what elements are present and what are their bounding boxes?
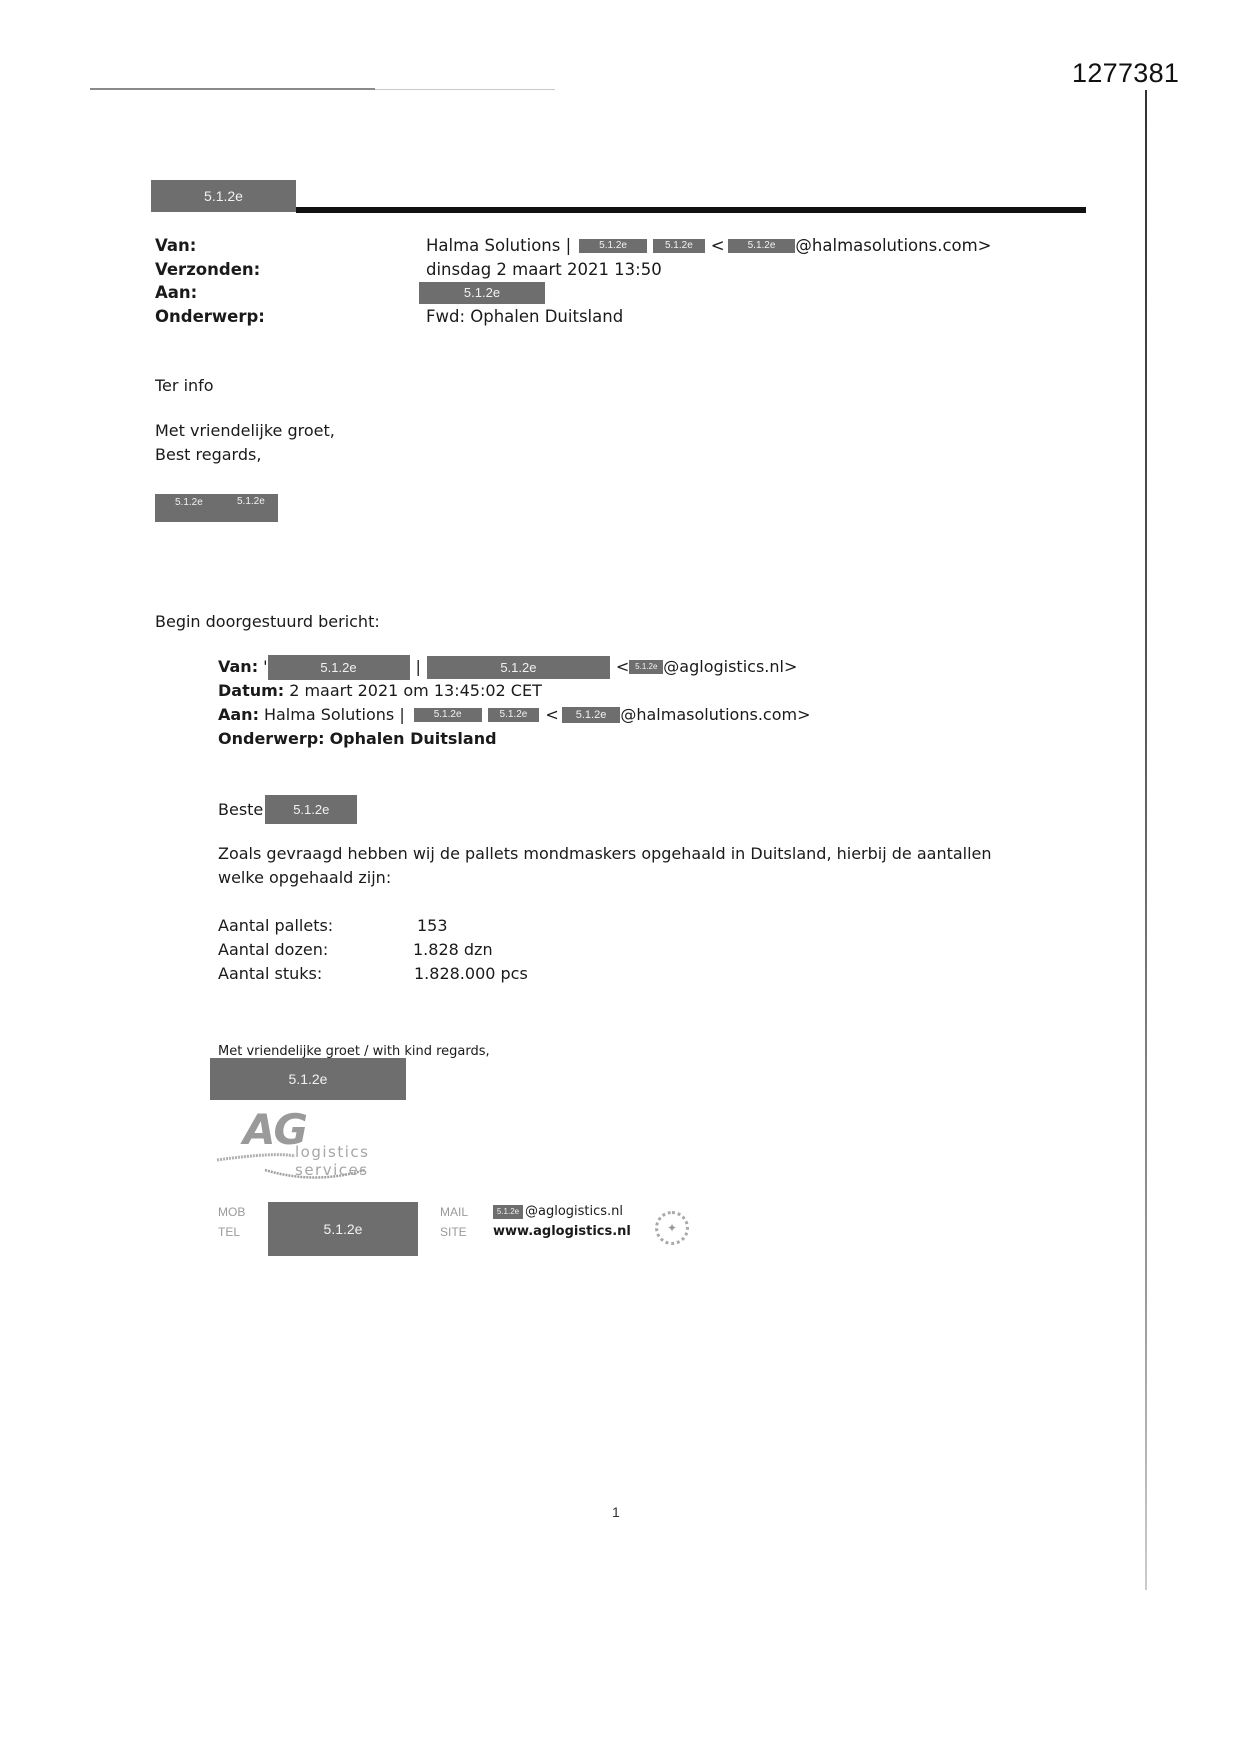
- fwd-date-row: Datum: 2 maart 2021 om 13:45:02 CET: [218, 679, 810, 703]
- redaction-block-phone: 5.1.2e: [268, 1202, 418, 1256]
- fwd-to-email-domain: @halmasolutions.com>: [620, 703, 810, 727]
- redaction-block: 5.1.2e: [151, 180, 296, 212]
- count-label: Aantal pallets:: [218, 914, 413, 938]
- fwd-subject: Ophalen Duitsland: [330, 727, 497, 751]
- redaction-block: 5.1.2e: [629, 660, 663, 674]
- contact-labels-right: MAIL SITE: [440, 1202, 468, 1242]
- redaction-block: 5.1.2e: [210, 1058, 406, 1100]
- redaction-code: 5.1.2e: [237, 497, 265, 507]
- ag-logistics-logo: AG logistics services: [215, 1105, 445, 1185]
- count-label: Aantal stuks:: [218, 962, 413, 986]
- separator: |: [416, 655, 421, 679]
- fwd-label-from: Van:: [218, 655, 258, 679]
- scan-right-border: [1145, 90, 1147, 1590]
- message-paragraph: Zoals gevraagd hebben wij de pallets mon…: [218, 842, 1018, 890]
- to-value: 5.1.2e: [426, 281, 992, 305]
- count-row: Aantal pallets: 153: [218, 914, 528, 938]
- scan-top-rule-faint: [375, 89, 555, 90]
- count-value: 1.828.000 pcs: [414, 962, 528, 986]
- fwd-subject-row: Onderwerp: Ophalen Duitsland: [218, 727, 810, 751]
- fwd-to-name: Halma Solutions |: [264, 703, 405, 727]
- count-value: 153: [417, 914, 448, 938]
- fwd-label-date: Datum:: [218, 679, 284, 703]
- angle-open: <: [711, 234, 725, 258]
- label-subject: Onderwerp:: [155, 305, 265, 329]
- angle-open: <: [545, 703, 558, 727]
- mob-label: MOB: [218, 1202, 245, 1222]
- mail-domain: @aglogistics.nl: [525, 1202, 623, 1222]
- header-divider: [296, 207, 1086, 213]
- forwarded-intro: Begin doorgestuurd bericht:: [155, 610, 380, 634]
- label-from: Van:: [155, 234, 265, 258]
- ter-info-text: Ter info: [155, 374, 214, 398]
- from-name: Halma Solutions |: [426, 234, 571, 258]
- company-seal-icon: ✦: [655, 1211, 689, 1245]
- count-label: Aantal dozen:: [218, 938, 413, 962]
- redaction-block: 5.1.2e: [493, 1205, 523, 1219]
- label-to: Aan:: [155, 281, 265, 305]
- contact-labels-left: MOB TEL: [218, 1202, 245, 1242]
- count-row: Aantal stuks: 1.828.000 pcs: [218, 962, 528, 986]
- redaction-block: 5.1.2e: [419, 282, 545, 304]
- scan-top-rule: [90, 88, 375, 90]
- tel-label: TEL: [218, 1222, 245, 1242]
- count-row: Aantal dozen: 1.828 dzn: [218, 938, 528, 962]
- redaction-code: 5.1.2e: [175, 498, 203, 508]
- logo-swoosh-icon: [215, 1150, 415, 1185]
- contact-values: 5.1.2e @aglogistics.nl www.aglogistics.n…: [493, 1202, 631, 1242]
- greeting: Met vriendelijke groet, Best regards,: [155, 419, 335, 467]
- sent-value: dinsdag 2 maart 2021 13:50: [426, 258, 992, 282]
- angle-open: <: [616, 655, 629, 679]
- email-header-values: Halma Solutions | 5.1.2e 5.1.2e < 5.1.2e…: [426, 234, 992, 328]
- document-number: 1277381: [1072, 58, 1179, 89]
- label-sent: Verzonden:: [155, 258, 265, 282]
- fwd-from-email-domain: @aglogistics.nl>: [663, 655, 797, 679]
- subject-value: Fwd: Ophalen Duitsland: [426, 305, 992, 329]
- from-value: Halma Solutions | 5.1.2e 5.1.2e < 5.1.2e…: [426, 234, 992, 258]
- site-label: SITE: [440, 1222, 468, 1242]
- site-link[interactable]: www.aglogistics.nl: [493, 1222, 631, 1242]
- from-email-domain: @halmasolutions.com>: [795, 234, 991, 258]
- redaction-block: 5.1.2e: [268, 655, 410, 680]
- redaction-block: 5.1.2e: [427, 656, 610, 679]
- fwd-label-to: Aan:: [218, 703, 259, 727]
- redaction-block-signature: 5.1.2e 5.1.2e: [155, 494, 278, 522]
- salutation-text: Beste: [218, 798, 263, 822]
- redaction-block: 5.1.2e: [265, 795, 357, 824]
- email-header-labels: Van: Verzonden: Aan: Onderwerp:: [155, 234, 265, 328]
- greeting-line: Best regards,: [155, 443, 335, 467]
- count-value: 1.828 dzn: [413, 938, 493, 962]
- mail-row: 5.1.2e @aglogistics.nl: [493, 1202, 631, 1222]
- salutation: Beste 5.1.2e: [218, 795, 357, 824]
- redaction-block: 5.1.2e: [653, 239, 705, 253]
- mail-label: MAIL: [440, 1202, 468, 1222]
- redaction-block: 5.1.2e: [488, 708, 540, 722]
- redaction-block: 5.1.2e: [728, 239, 796, 253]
- fwd-label-subject: Onderwerp:: [218, 727, 325, 751]
- redaction-block: 5.1.2e: [414, 708, 482, 722]
- redaction-block: 5.1.2e: [579, 239, 647, 253]
- fwd-from-row: Van: ' 5.1.2e | 5.1.2e < 5.1.2e @aglogis…: [218, 655, 810, 679]
- redaction-block: 5.1.2e: [562, 707, 621, 723]
- page-number: 1: [612, 1504, 620, 1520]
- fwd-to-row: Aan: Halma Solutions | 5.1.2e 5.1.2e < 5…: [218, 703, 810, 727]
- fwd-date: 2 maart 2021 om 13:45:02 CET: [289, 679, 542, 703]
- greeting-line: Met vriendelijke groet,: [155, 419, 335, 443]
- counts-table: Aantal pallets: 153 Aantal dozen: 1.828 …: [218, 914, 528, 986]
- forwarded-header: Van: ' 5.1.2e | 5.1.2e < 5.1.2e @aglogis…: [218, 655, 810, 751]
